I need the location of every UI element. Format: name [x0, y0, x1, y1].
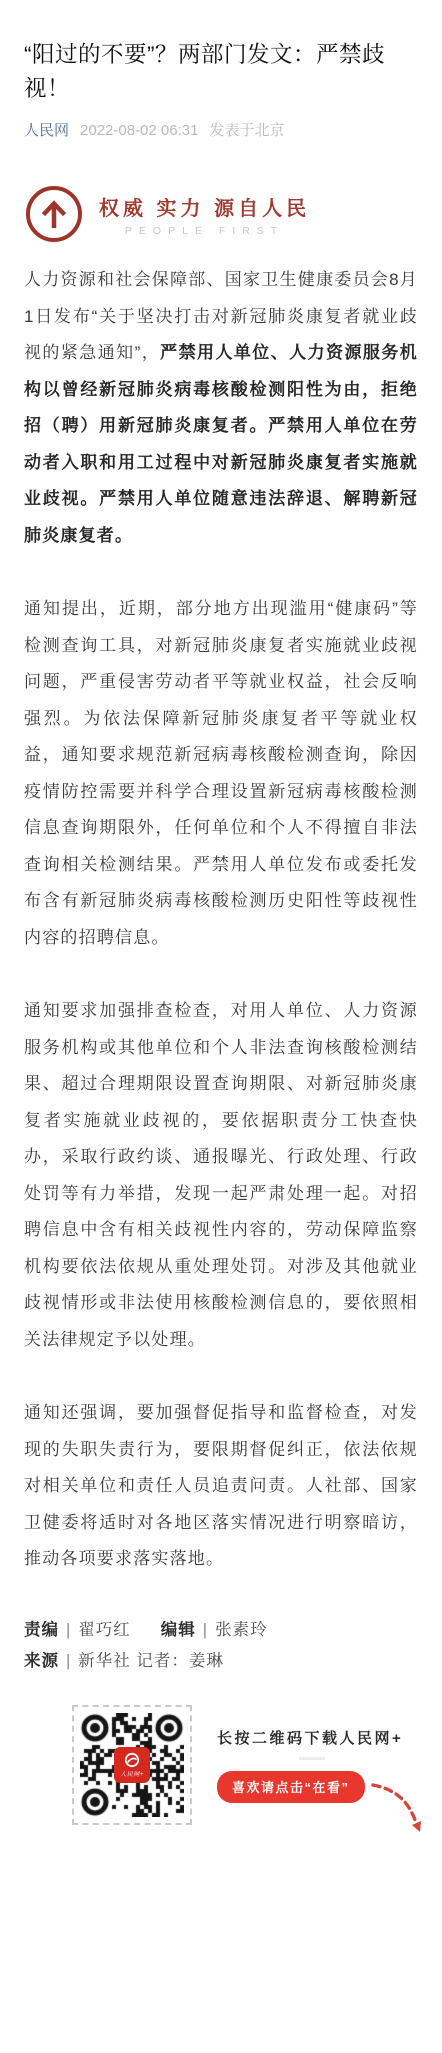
paragraph-1: 人力资源和社会保障部、国家卫生健康委员会8月1日发布“关于坚决打击对新冠肺炎康复…: [24, 262, 418, 554]
promo-right: 长按二维码下载人民网+ 喜欢请点击“在看”: [217, 1727, 403, 1803]
brand-banner: 权威 实力 源自人民 PEOPLE FIRST: [26, 186, 418, 242]
banner-slogans: 权威 实力 源自人民 PEOPLE FIRST: [99, 192, 310, 237]
banner-slogan-cn: 权威 实力 源自人民: [99, 192, 310, 221]
paragraph-3: 通知要求加强排查检查，对用人单位、人力资源服务机构或其他单位和个人非法查询核酸检…: [24, 993, 418, 1358]
like-row: 喜欢请点击“在看”: [217, 1771, 365, 1803]
promo-card[interactable]: 人民网+ 长按二维码下载人民网+ 喜欢请点击“在看”: [72, 1705, 418, 1825]
page-title: “阳过的不要”？两部门发文：严禁歧视！: [24, 38, 418, 106]
credit-separator: |: [66, 1621, 71, 1639]
credit-label: 来源: [24, 1652, 59, 1670]
paragraph-2: 通知提出，近期，部分地方出现滥用“健康码”等检测查询工具，对新冠肺炎康复者实施就…: [24, 591, 418, 956]
credit-value: 翟巧红: [78, 1621, 131, 1639]
curved-dashed-arrow-icon: [369, 1779, 431, 1837]
paragraph-4: 通知还强调，要加强督促指导和监督检查，对发现的失职失责行为，要限期督促纠正，依法…: [24, 1395, 418, 1578]
source-account-link[interactable]: 人民网: [24, 119, 69, 140]
banner-slogan-en: PEOPLE FIRST: [99, 225, 310, 237]
like-button[interactable]: 喜欢请点击“在看”: [217, 1771, 365, 1803]
credit-label: 责编: [24, 1621, 59, 1639]
credits: 责编|翟巧红编辑|张素玲 来源|新华社 记者：姜琳: [24, 1615, 418, 1677]
app-logo-text: 人民网+: [120, 1769, 144, 1778]
credit-value: 新华社 记者：姜琳: [78, 1652, 224, 1670]
publish-location: 发表于北京: [209, 119, 284, 140]
peoples-daily-app-logo-icon: 人民网+: [114, 1747, 150, 1783]
credit-separator: |: [203, 1621, 208, 1639]
up-arrow-circle-icon: [26, 186, 82, 242]
article-body: 人力资源和社会保障部、国家卫生健康委员会8月1日发布“关于坚决打击对新冠肺炎康复…: [24, 262, 418, 1578]
qr-code[interactable]: 人民网+: [72, 1705, 192, 1825]
credit-value: 张素玲: [215, 1621, 268, 1639]
credits-row-editors: 责编|翟巧红编辑|张素玲: [24, 1615, 418, 1646]
credit-label: 编辑: [161, 1621, 196, 1639]
credit-separator: |: [66, 1652, 71, 1670]
article-page: “阳过的不要”？两部门发文：严禁歧视！ 人民网 2022-08-02 06:31…: [0, 0, 442, 2053]
paragraph-1-emphasis: 严禁用人单位、人力资源服务机构以曾经新冠肺炎病毒核酸检测阳性为由，拒绝招（聘）用…: [24, 343, 418, 545]
qr-caption: 长按二维码下载人民网+: [217, 1727, 403, 1748]
credits-row-source: 来源|新华社 记者：姜琳: [24, 1646, 418, 1677]
publish-time: 2022-08-02 06:31: [80, 122, 198, 139]
byline: 人民网 2022-08-02 06:31 发表于北京: [24, 119, 418, 140]
divider: [299, 1757, 325, 1760]
